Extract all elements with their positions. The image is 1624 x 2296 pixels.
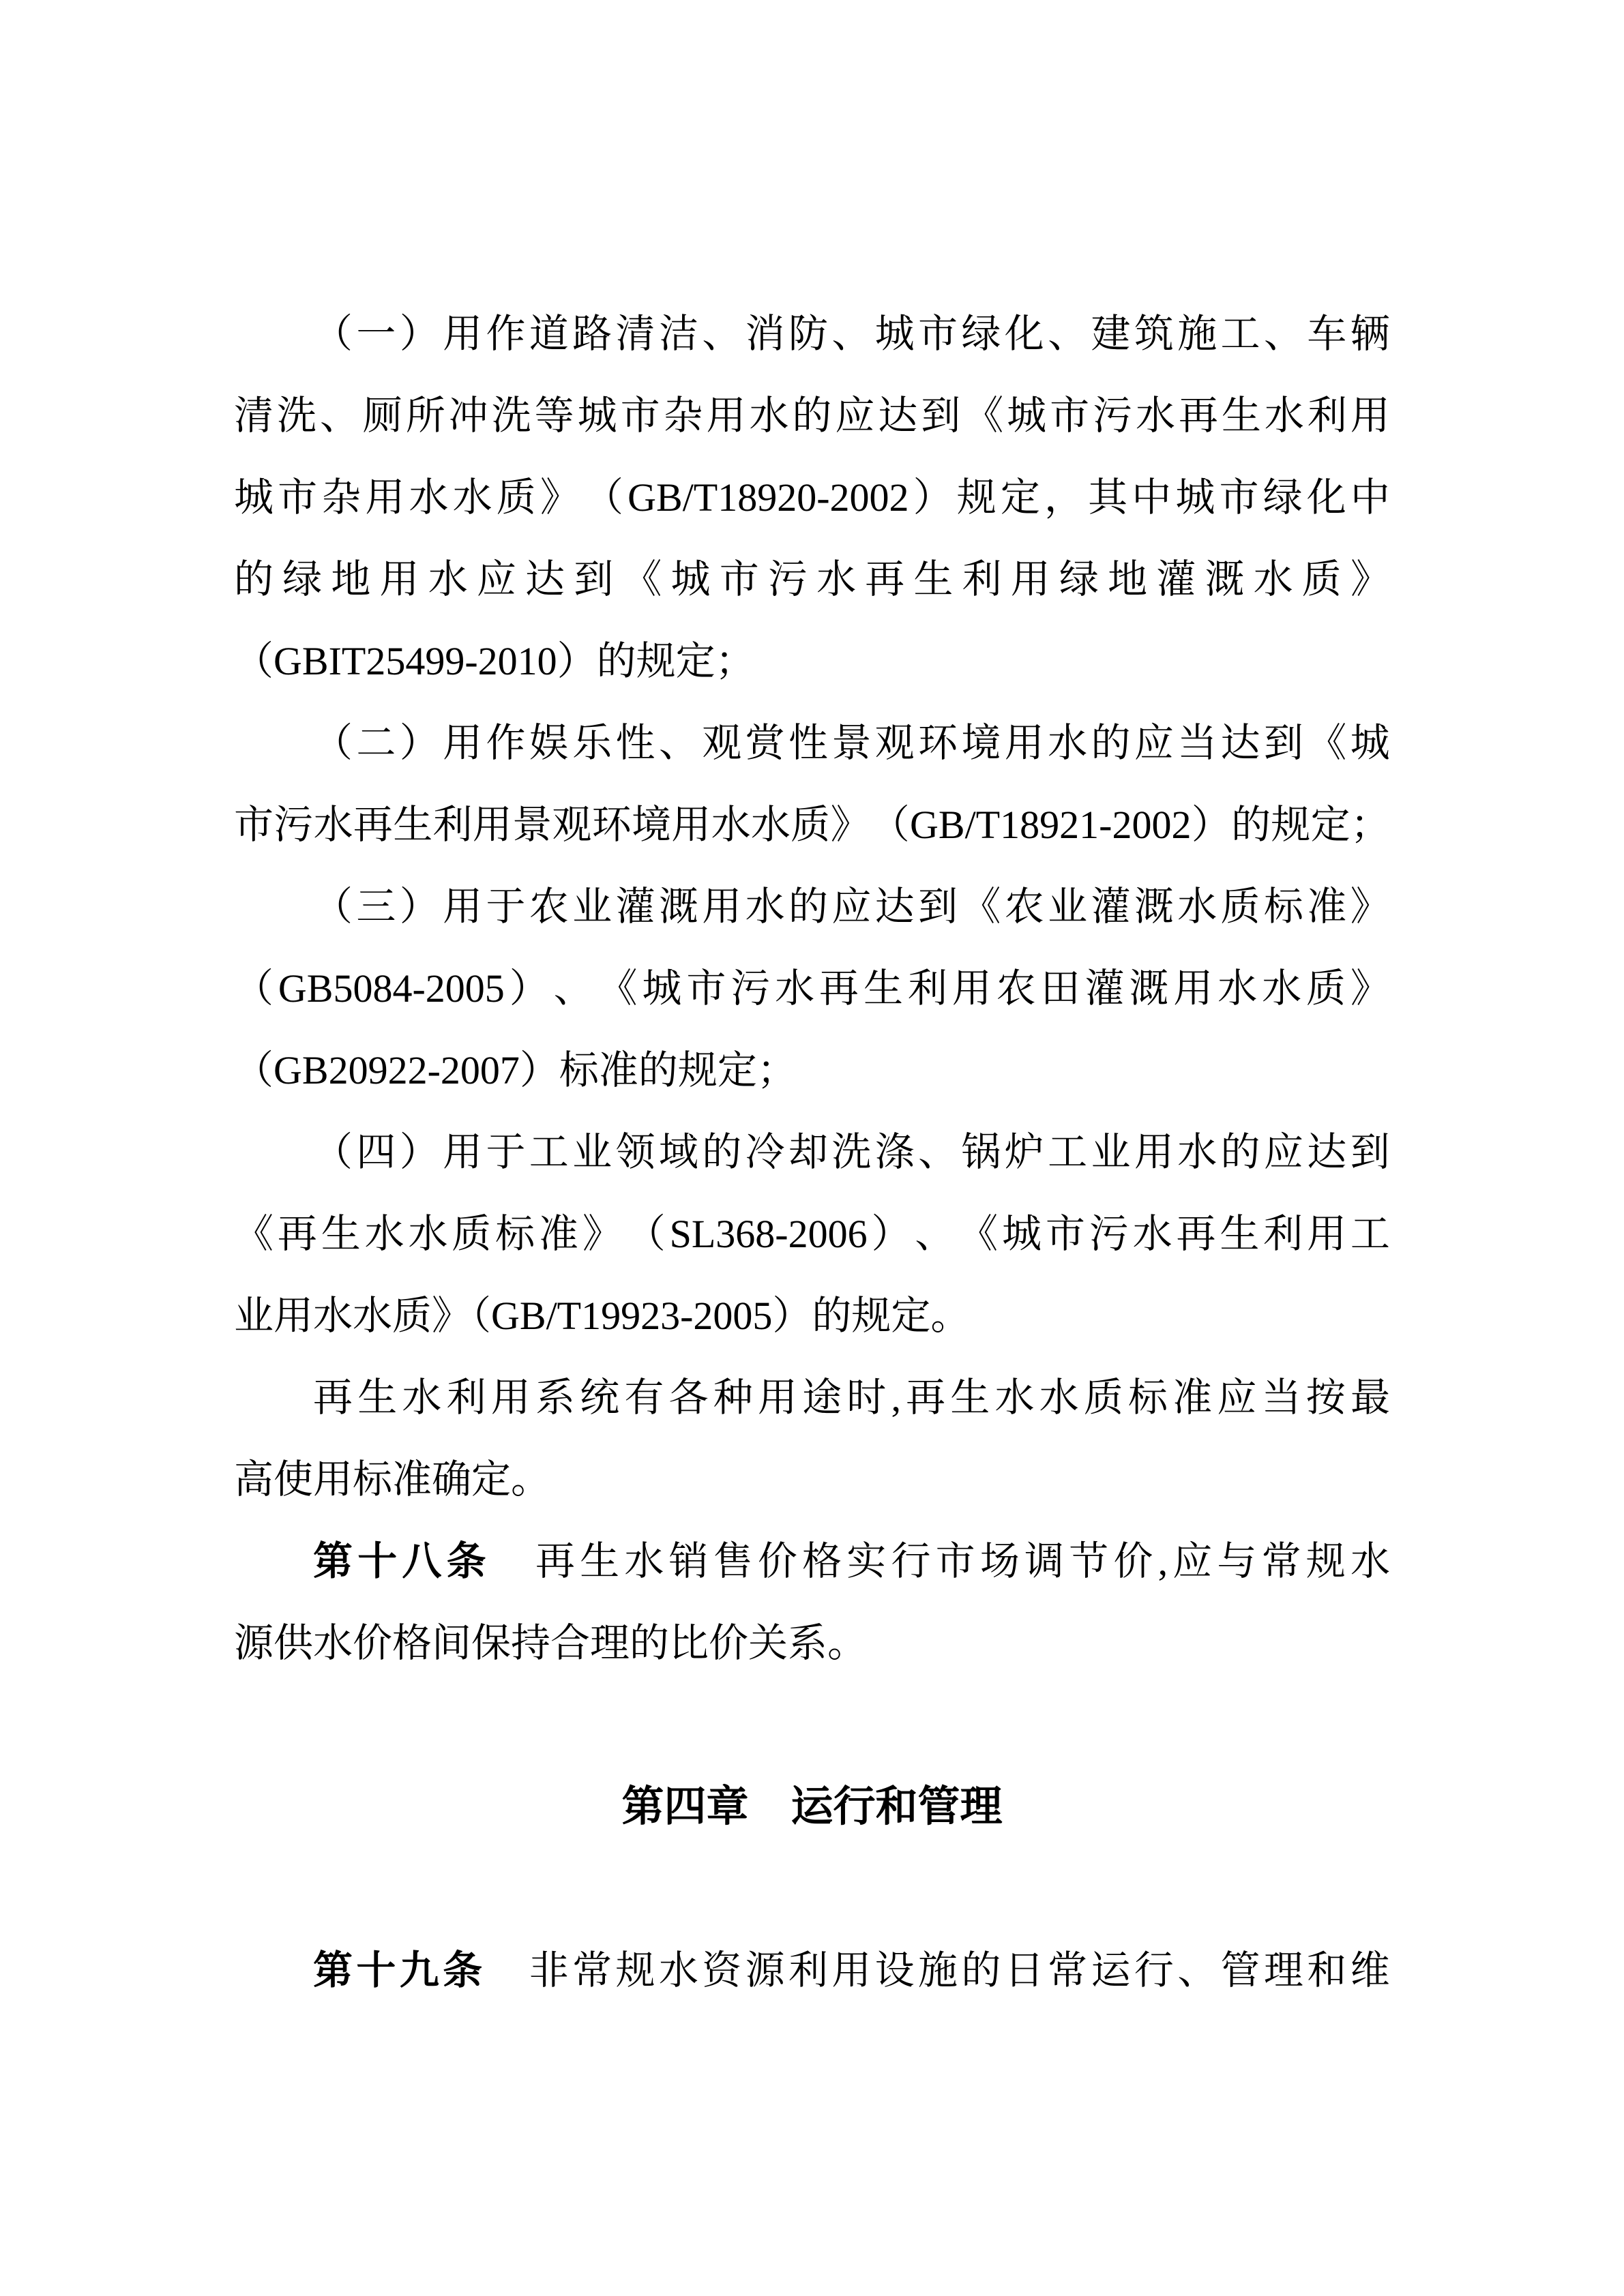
text-run: 用 xyxy=(443,1133,482,1172)
text-run: 种 xyxy=(713,1378,753,1418)
text-run: 水 xyxy=(402,1378,441,1418)
text-run xyxy=(486,1951,525,1991)
text-run: 三 xyxy=(356,887,396,927)
text-run: 水 xyxy=(453,478,492,518)
text-run: 《 xyxy=(961,887,1001,927)
text-run: , xyxy=(891,1378,901,1418)
text-run: 的 xyxy=(234,560,274,599)
text-run: 当 xyxy=(1177,724,1217,763)
text-run: 水 xyxy=(659,1951,698,1991)
line-content: 的绿地用水应达到《城市污水再生利用绿地灌溉水质》 xyxy=(234,560,1390,599)
line-content: （一）用作道路清洁、消防、城市绿化、建筑施工、车辆 xyxy=(234,314,1390,354)
text-run: 再 xyxy=(1176,1214,1215,1254)
text-run: 污 xyxy=(768,560,808,599)
text-run: 利 xyxy=(908,969,947,1009)
text-run: 水 xyxy=(1265,396,1304,436)
text-run: 水 xyxy=(624,1542,664,1581)
text-run: 水 xyxy=(1177,887,1217,927)
text-line: 的绿地用水应达到《城市污水再生利用绿地灌溉水质》 xyxy=(234,539,1390,621)
text-run: 环 xyxy=(592,805,632,845)
text-run: 达 xyxy=(525,560,565,599)
text-run: 作 xyxy=(486,314,525,354)
text-run: 非 xyxy=(529,1951,569,1991)
text-line: 《再生水水质标准》（SL368-2006）、《城市污水再生利用工 xyxy=(234,1193,1390,1275)
text-run: 标 xyxy=(1128,1378,1168,1418)
text-run: 却 xyxy=(788,1133,828,1172)
text-run: 水 xyxy=(745,887,785,927)
text-run: 、 xyxy=(320,396,359,436)
text-run: 清 xyxy=(234,396,274,436)
text-line: 城市杂用水水质》（GB/T18920-2002）规定，其中城市绿化中 xyxy=(234,457,1390,539)
text-run: 有 xyxy=(624,1378,664,1418)
text-run: 行 xyxy=(1134,1951,1174,1991)
text-run: 定 xyxy=(1311,805,1350,845)
text-run: 洗 xyxy=(277,396,316,436)
text-run: 准 xyxy=(1172,1378,1212,1418)
text-run: 的 xyxy=(1221,1133,1260,1172)
text-run: 施 xyxy=(1177,314,1217,354)
text-run: 管 xyxy=(1221,1951,1260,1991)
text-run: 资 xyxy=(702,1951,741,1991)
text-run: 水 xyxy=(409,478,449,518)
text-run: 用 xyxy=(365,478,404,518)
text-run: 厕 xyxy=(363,396,402,436)
text-run: 工 xyxy=(1048,1133,1087,1172)
text-run: 市 xyxy=(1046,1214,1085,1254)
text-run: 城 xyxy=(234,478,274,518)
text-run: 标 xyxy=(1264,887,1303,927)
text-run: 设 xyxy=(875,1951,915,1991)
text-run: 溉 xyxy=(1134,887,1174,927)
text-run: 城 xyxy=(671,560,711,599)
text-run: 达 xyxy=(878,396,917,436)
text-run: 到 xyxy=(921,396,960,436)
text-line: 第十八条 再生水销售价格实行市场调节价,应与常规水 xyxy=(234,1521,1390,1602)
text-run: 、 xyxy=(831,314,871,354)
text-run: 灌 xyxy=(1084,969,1124,1009)
text-run: 质 xyxy=(497,478,536,518)
text-run: 用 xyxy=(1011,560,1050,599)
text-run: 各 xyxy=(669,1378,709,1418)
text-run: 系 xyxy=(535,1378,575,1418)
text-run: 定 xyxy=(1001,478,1040,518)
text-run: 利 xyxy=(1263,1214,1303,1254)
text-run: ） xyxy=(400,1133,439,1172)
text-run: 市 xyxy=(686,969,726,1009)
text-run: 水 xyxy=(749,396,788,436)
text-run: 水 xyxy=(1133,1214,1172,1254)
text-run: 达 xyxy=(1221,724,1260,763)
text-run: 节 xyxy=(1069,1542,1108,1581)
text-run: 维 xyxy=(1350,1951,1390,1991)
text-run: 建 xyxy=(1091,314,1130,354)
text-run: 应 xyxy=(477,560,516,599)
text-run: 达 xyxy=(1307,1133,1346,1172)
text-run: 》 xyxy=(1350,969,1390,1009)
text-run: 应 xyxy=(831,887,871,927)
text-run: （ xyxy=(313,724,353,763)
text-run: 水 xyxy=(365,1214,404,1254)
text-run: 工 xyxy=(1221,314,1260,354)
text-run: 用 xyxy=(1173,969,1213,1009)
text-run: （GBIT25499-2010）的规定； xyxy=(234,639,755,683)
text-run: 用 xyxy=(758,1378,797,1418)
text-run: 施 xyxy=(918,1951,958,1991)
text-run: 《 xyxy=(598,969,638,1009)
text-run: 第 xyxy=(313,1951,353,1991)
text-run: 城 xyxy=(1175,478,1215,518)
text-run: 消 xyxy=(745,314,785,354)
text-run: ， xyxy=(1044,478,1084,518)
text-run: 常 xyxy=(572,1951,612,1991)
text-run: 涤 xyxy=(875,1133,915,1172)
text-run: 生 xyxy=(950,1378,990,1418)
text-run: 到 xyxy=(1264,724,1303,763)
text-run: 质 xyxy=(1302,560,1342,599)
line-content: 再生水利用系统有各种用途时,再生水水质标准应当按最 xyxy=(234,1378,1390,1418)
text-run: SL368-2006 xyxy=(670,1214,868,1254)
text-block: （一）用作道路清洁、消防、城市绿化、建筑施工、车辆清洗、厕所冲洗等城市杂用水的应… xyxy=(234,293,1390,2012)
text-run: 冲 xyxy=(449,396,488,436)
text-run: 到 xyxy=(1350,1133,1390,1172)
text-run: 污 xyxy=(1089,1214,1129,1254)
text-run: 水 xyxy=(428,560,468,599)
text-run: 、 xyxy=(1264,314,1303,354)
text-run: 景 xyxy=(831,724,871,763)
text-run: 质 xyxy=(791,805,830,845)
text-run: 利 xyxy=(962,560,1002,599)
text-run: 、 xyxy=(554,969,593,1009)
text-run: 用 xyxy=(473,805,512,845)
text-run: ） xyxy=(913,478,953,518)
text-run: 利 xyxy=(1308,396,1347,436)
text-run: 业 xyxy=(1091,1133,1130,1172)
text-run: 水 xyxy=(775,969,814,1009)
text-run: ） xyxy=(400,724,439,763)
text-run: 灌 xyxy=(616,887,655,927)
text-run: 中 xyxy=(1132,478,1171,518)
text-run: 市 xyxy=(918,314,958,354)
text-run: 所 xyxy=(406,396,445,436)
text-run: 境 xyxy=(632,805,671,845)
text-run: 应 xyxy=(1264,1133,1303,1172)
line-content: （GBIT25499-2010）的规定； xyxy=(234,642,1390,681)
text-run: 条 xyxy=(443,1951,482,1991)
text-run: 水 xyxy=(1217,969,1257,1009)
text-run: 观 xyxy=(875,724,915,763)
text-run: 杂 xyxy=(321,478,361,518)
text-run: 途 xyxy=(802,1378,842,1418)
text-run: 灌 xyxy=(1156,560,1196,599)
text-run: 用 xyxy=(443,314,482,354)
text-run xyxy=(491,1542,531,1581)
text-run: 销 xyxy=(669,1542,709,1581)
text-run: （ xyxy=(313,887,353,927)
text-run: ） xyxy=(510,969,549,1009)
text-run: 污 xyxy=(274,805,313,845)
text-run: 行 xyxy=(891,1542,930,1581)
text-run: 车 xyxy=(1307,314,1346,354)
text-run: 和 xyxy=(1307,1951,1346,1991)
text-run: 水 xyxy=(711,805,751,845)
text-run: 水 xyxy=(1039,1378,1079,1418)
text-run: 生 xyxy=(863,969,903,1009)
text-run: 于 xyxy=(486,887,525,927)
text-run: 溉 xyxy=(659,887,698,927)
text-run: 水 xyxy=(994,1378,1034,1418)
text-run: 价 xyxy=(758,1542,797,1581)
text-run: 调 xyxy=(1024,1542,1064,1581)
text-run: 赏 xyxy=(745,724,785,763)
text-run: 》 xyxy=(1350,887,1390,927)
text-run: 域 xyxy=(659,1133,698,1172)
text-run: 用 xyxy=(1005,724,1044,763)
chapter-heading: 第四章 运行和管理 xyxy=(234,1766,1390,1848)
line-content: 第十八条 再生水销售价格实行市场调节价,应与常规水 xyxy=(234,1542,1390,1581)
text-run: 第 xyxy=(313,1542,353,1581)
text-run: 水 xyxy=(1048,724,1087,763)
text-run: 的 xyxy=(1231,805,1271,845)
text-run: 质 xyxy=(1306,969,1346,1009)
text-run: 绿 xyxy=(282,560,322,599)
text-run: （ xyxy=(313,1133,353,1172)
text-run: 、 xyxy=(918,1133,958,1172)
text-run: 再 xyxy=(1179,396,1218,436)
text-line: 高使用标准确定。 xyxy=(234,1439,1390,1521)
text-run: 规 xyxy=(957,478,996,518)
text-run: 业用水水质》（GB/T19923-2005）的规定。 xyxy=(234,1294,970,1338)
text-run: 筑 xyxy=(1134,314,1174,354)
text-run: 水 xyxy=(1254,560,1293,599)
document-page: （一）用作道路清洁、消防、城市绿化、建筑施工、车辆清洗、厕所冲洗等城市杂用水的应… xyxy=(0,0,1624,2296)
line-content: 市污水再生利用景观环境用水水质》（GB/T18921-2002）的规定； xyxy=(234,805,1390,845)
text-run: GB/T18920-2002 xyxy=(628,478,909,518)
text-run: 化 xyxy=(1005,314,1044,354)
text-run: 再 xyxy=(535,1542,575,1581)
text-run: 准 xyxy=(1307,887,1346,927)
text-run: 》 xyxy=(582,1214,622,1254)
text-run: 娱 xyxy=(529,724,569,763)
text-run: 水 xyxy=(408,1214,447,1254)
text-run: 价 xyxy=(1113,1542,1153,1581)
text-line: 市污水再生利用景观环境用水水质》（GB/T18921-2002）的规定； xyxy=(234,784,1390,866)
text-run: 用 xyxy=(1307,1214,1346,1254)
text-run: 、 xyxy=(1177,1951,1217,1991)
text-run: 生 xyxy=(1222,396,1261,436)
text-run: 再 xyxy=(865,560,904,599)
text-run: 其 xyxy=(1088,478,1127,518)
text-run: 化 xyxy=(1307,478,1346,518)
text-run: 用 xyxy=(1350,396,1390,436)
text-run: 业 xyxy=(572,887,612,927)
text-line: （GBIT25499-2010）的规定； xyxy=(234,621,1390,702)
text-line: （四）用于工业领域的冷却洗涤、锅炉工业用水的应达到 xyxy=(234,1112,1390,1193)
text-run: （ xyxy=(870,805,910,845)
text-run: 水 xyxy=(816,560,856,599)
blank-line xyxy=(234,1684,1390,1766)
text-run: 城 xyxy=(578,396,617,436)
text-run: 利 xyxy=(788,1951,828,1991)
text-run: 清 xyxy=(616,314,655,354)
text-run: 《 xyxy=(622,560,662,599)
text-run: 乐 xyxy=(572,724,612,763)
text-run: 常 xyxy=(1048,1951,1087,1991)
text-run: 二 xyxy=(356,724,396,763)
line-content: （三）用于农业灌溉用水的应达到《农业灌溉水质标准》 xyxy=(234,887,1390,927)
text-run: 用 xyxy=(443,887,482,927)
text-run: 利 xyxy=(432,805,472,845)
text-run: 用 xyxy=(1134,1133,1174,1172)
text-run: 到 xyxy=(574,560,613,599)
text-run: 第四章 运行和管理 xyxy=(621,1783,1002,1830)
line-content: 第四章 运行和管理 xyxy=(234,1786,1390,1828)
text-run: 常 xyxy=(1262,1542,1301,1581)
text-run: （ xyxy=(234,969,274,1009)
text-run: 高使用标准确定。 xyxy=(234,1457,550,1502)
text-run: 应 xyxy=(1172,1542,1212,1581)
line-content: 第十九条 非常规水资源利用设施的日常运行、管理和维 xyxy=(234,1951,1390,1991)
text-run: 市 xyxy=(278,478,317,518)
text-run: 统 xyxy=(580,1378,619,1418)
text-run: 应 xyxy=(835,396,874,436)
text-run: 业 xyxy=(572,1133,612,1172)
text-run: 绿 xyxy=(1059,560,1099,599)
text-run: 再 xyxy=(313,1378,353,1418)
text-run: 工 xyxy=(529,1133,569,1172)
text-run: 路 xyxy=(572,314,612,354)
text-run: 实 xyxy=(846,1542,886,1581)
text-run: ） xyxy=(871,1214,911,1254)
line-content: 《再生水水质标准》（SL368-2006）、《城市污水再生利用工 xyxy=(234,1214,1390,1254)
text-run: 与 xyxy=(1217,1542,1256,1581)
text-run: 观 xyxy=(552,805,591,845)
text-line: （三）用于农业灌溉用水的应达到《农业灌溉水质标准》 xyxy=(234,866,1390,948)
blank-line xyxy=(234,1848,1390,1930)
text-run: 用 xyxy=(671,805,711,845)
text-run: 炉 xyxy=(1005,1133,1044,1172)
text-run: 、 xyxy=(915,1214,954,1254)
text-run: 市 xyxy=(234,805,274,845)
text-line: （二）用作娱乐性、观赏性景观环境用水的应当达到《城 xyxy=(234,702,1390,784)
text-run: 水 xyxy=(1262,969,1301,1009)
line-content: （二）用作娱乐性、观赏性景观环境用水的应当达到《城 xyxy=(234,724,1390,763)
text-run: 十 xyxy=(356,1951,396,1991)
text-run: 的 xyxy=(702,1133,741,1172)
text-run: 《 xyxy=(1307,724,1346,763)
text-run: 灌 xyxy=(1091,887,1130,927)
text-run: 的 xyxy=(961,1951,1001,1991)
text-run: 生 xyxy=(580,1542,619,1581)
text-run: 洗 xyxy=(492,396,531,436)
text-run: 溉 xyxy=(1129,969,1168,1009)
text-run: ） xyxy=(400,887,439,927)
text-run: 条 xyxy=(447,1542,486,1581)
text-run: 规 xyxy=(1271,805,1310,845)
text-run: 等 xyxy=(535,396,574,436)
text-run: GB5084-2005 xyxy=(278,969,505,1009)
text-run: 、 xyxy=(702,314,741,354)
text-run: 田 xyxy=(1041,969,1080,1009)
text-run: 绿 xyxy=(1263,478,1303,518)
text-line: 源供水价格间保持合理的比价关系。 xyxy=(234,1602,1390,1684)
text-run: , xyxy=(1158,1542,1168,1581)
text-run: 最 xyxy=(1350,1378,1390,1418)
text-run: 日 xyxy=(1005,1951,1044,1991)
text-run: 规 xyxy=(616,1951,655,1991)
text-run: 水 xyxy=(751,805,791,845)
line-content: （GB20922-2007）标准的规定； xyxy=(234,1051,1390,1090)
text-run: 用 xyxy=(443,724,482,763)
text-run: 农 xyxy=(1005,887,1044,927)
text-line: 第十九条 非常规水资源利用设施的日常运行、管理和维 xyxy=(234,1930,1390,2012)
text-run: 应 xyxy=(1134,724,1174,763)
text-run: ； xyxy=(1350,805,1390,845)
line-content: （四）用于工业领域的冷却洗涤、锅炉工业用水的应达到 xyxy=(234,1133,1390,1172)
text-run: 生 xyxy=(321,1214,361,1254)
text-run: 工 xyxy=(1350,1214,1390,1254)
text-run: 水 xyxy=(1350,1542,1390,1581)
text-run: 一 xyxy=(356,314,396,354)
text-run: 十 xyxy=(357,1542,397,1581)
text-run: 于 xyxy=(486,1133,525,1172)
text-run: 生 xyxy=(1220,1214,1259,1254)
text-run: 农 xyxy=(996,969,1036,1009)
text-run: 生 xyxy=(357,1378,397,1418)
text-run: 地 xyxy=(1108,560,1147,599)
text-run: 运 xyxy=(1091,1951,1130,1991)
text-run: 再 xyxy=(906,1378,945,1418)
text-run: 利 xyxy=(447,1378,486,1418)
text-run: 的 xyxy=(792,396,831,436)
text-run: 农 xyxy=(529,887,569,927)
line-content: 源供水价格间保持合理的比价关系。 xyxy=(234,1624,1390,1663)
text-run: 环 xyxy=(918,724,958,763)
text-run: 污 xyxy=(1093,396,1132,436)
text-run: 杂 xyxy=(664,396,703,436)
text-line: （一）用作道路清洁、消防、城市绿化、建筑施工、车辆 xyxy=(234,293,1390,375)
text-run: 防 xyxy=(788,314,828,354)
text-run: 再 xyxy=(353,805,393,845)
text-run: 市 xyxy=(720,560,759,599)
text-run: 规 xyxy=(1306,1542,1346,1581)
text-run: 冷 xyxy=(745,1133,785,1172)
text-run: ） xyxy=(1192,805,1231,845)
text-run: 洁 xyxy=(659,314,698,354)
text-run: 市 xyxy=(1050,396,1089,436)
text-run: 《 xyxy=(234,1214,274,1254)
text-run: 当 xyxy=(1262,1378,1301,1418)
text-run: 的 xyxy=(1091,724,1130,763)
text-run: 绿 xyxy=(961,314,1001,354)
text-run: 城 xyxy=(642,969,681,1009)
text-run: 到 xyxy=(918,887,958,927)
text-line: 业用水水质》（GB/T19923-2005）的规定。 xyxy=(234,1275,1390,1357)
text-run: 水 xyxy=(314,805,353,845)
text-run: 水 xyxy=(1177,1133,1217,1172)
text-run: 四 xyxy=(356,1133,396,1172)
line-content: 城市杂用水水质》（GB/T18920-2002）规定，其中城市绿化中 xyxy=(234,478,1390,518)
text-run: 时 xyxy=(846,1378,886,1418)
text-run: 用 xyxy=(380,560,419,599)
text-run: 洗 xyxy=(831,1133,871,1172)
text-run: （ xyxy=(313,314,353,354)
text-run: 九 xyxy=(400,1951,439,1991)
text-run: 地 xyxy=(331,560,370,599)
text-run: 景 xyxy=(512,805,552,845)
text-run: 用 xyxy=(702,887,741,927)
text-run: 用 xyxy=(706,396,745,436)
text-run: 水 xyxy=(1136,396,1175,436)
